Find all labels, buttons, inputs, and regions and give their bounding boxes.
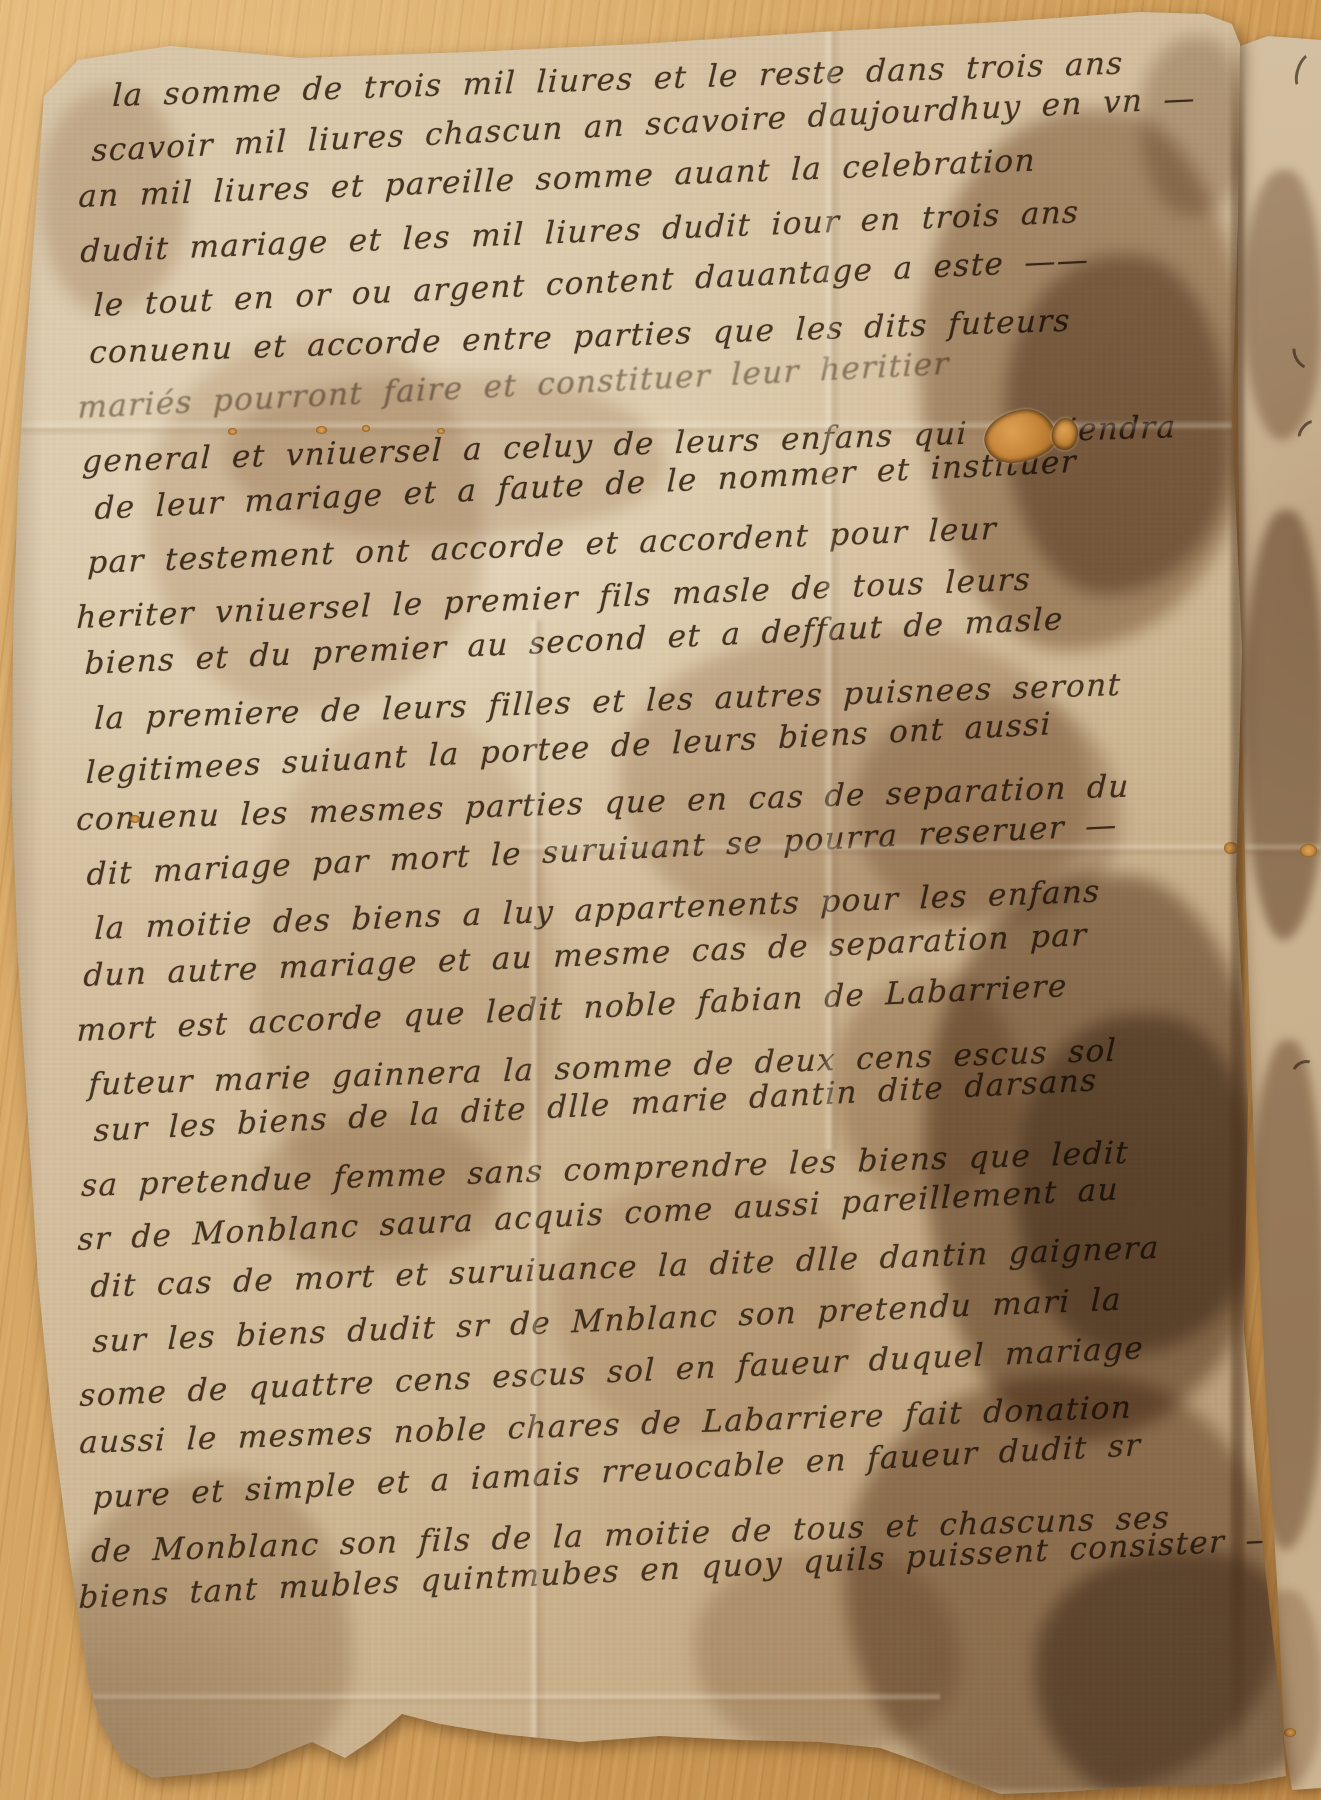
worm-hole bbox=[228, 428, 237, 435]
water-stain bbox=[40, 88, 185, 313]
worm-hole bbox=[130, 815, 140, 823]
water-stain bbox=[225, 375, 665, 540]
water-stain bbox=[1140, 36, 1250, 216]
water-stain bbox=[695, 1550, 960, 1755]
water-stain bbox=[835, 975, 1020, 1200]
worm-hole bbox=[362, 425, 370, 432]
manuscript-page-wrap: la somme de trois mil liures et le reste… bbox=[0, 0, 1321, 1800]
water-stain bbox=[255, 1115, 500, 1270]
worm-hole bbox=[437, 428, 445, 434]
water-stain bbox=[66, 1475, 351, 1800]
worm-hole bbox=[316, 426, 327, 434]
manuscript-page: la somme de trois mil liures et le reste… bbox=[0, 0, 1321, 1800]
water-stain bbox=[1035, 1550, 1320, 1800]
worm-hole bbox=[1224, 842, 1238, 854]
water-stain bbox=[1015, 1015, 1260, 1355]
manuscript-photo: la somme de trois mil liures et le reste… bbox=[0, 0, 1321, 1800]
water-stain bbox=[555, 1175, 860, 1440]
